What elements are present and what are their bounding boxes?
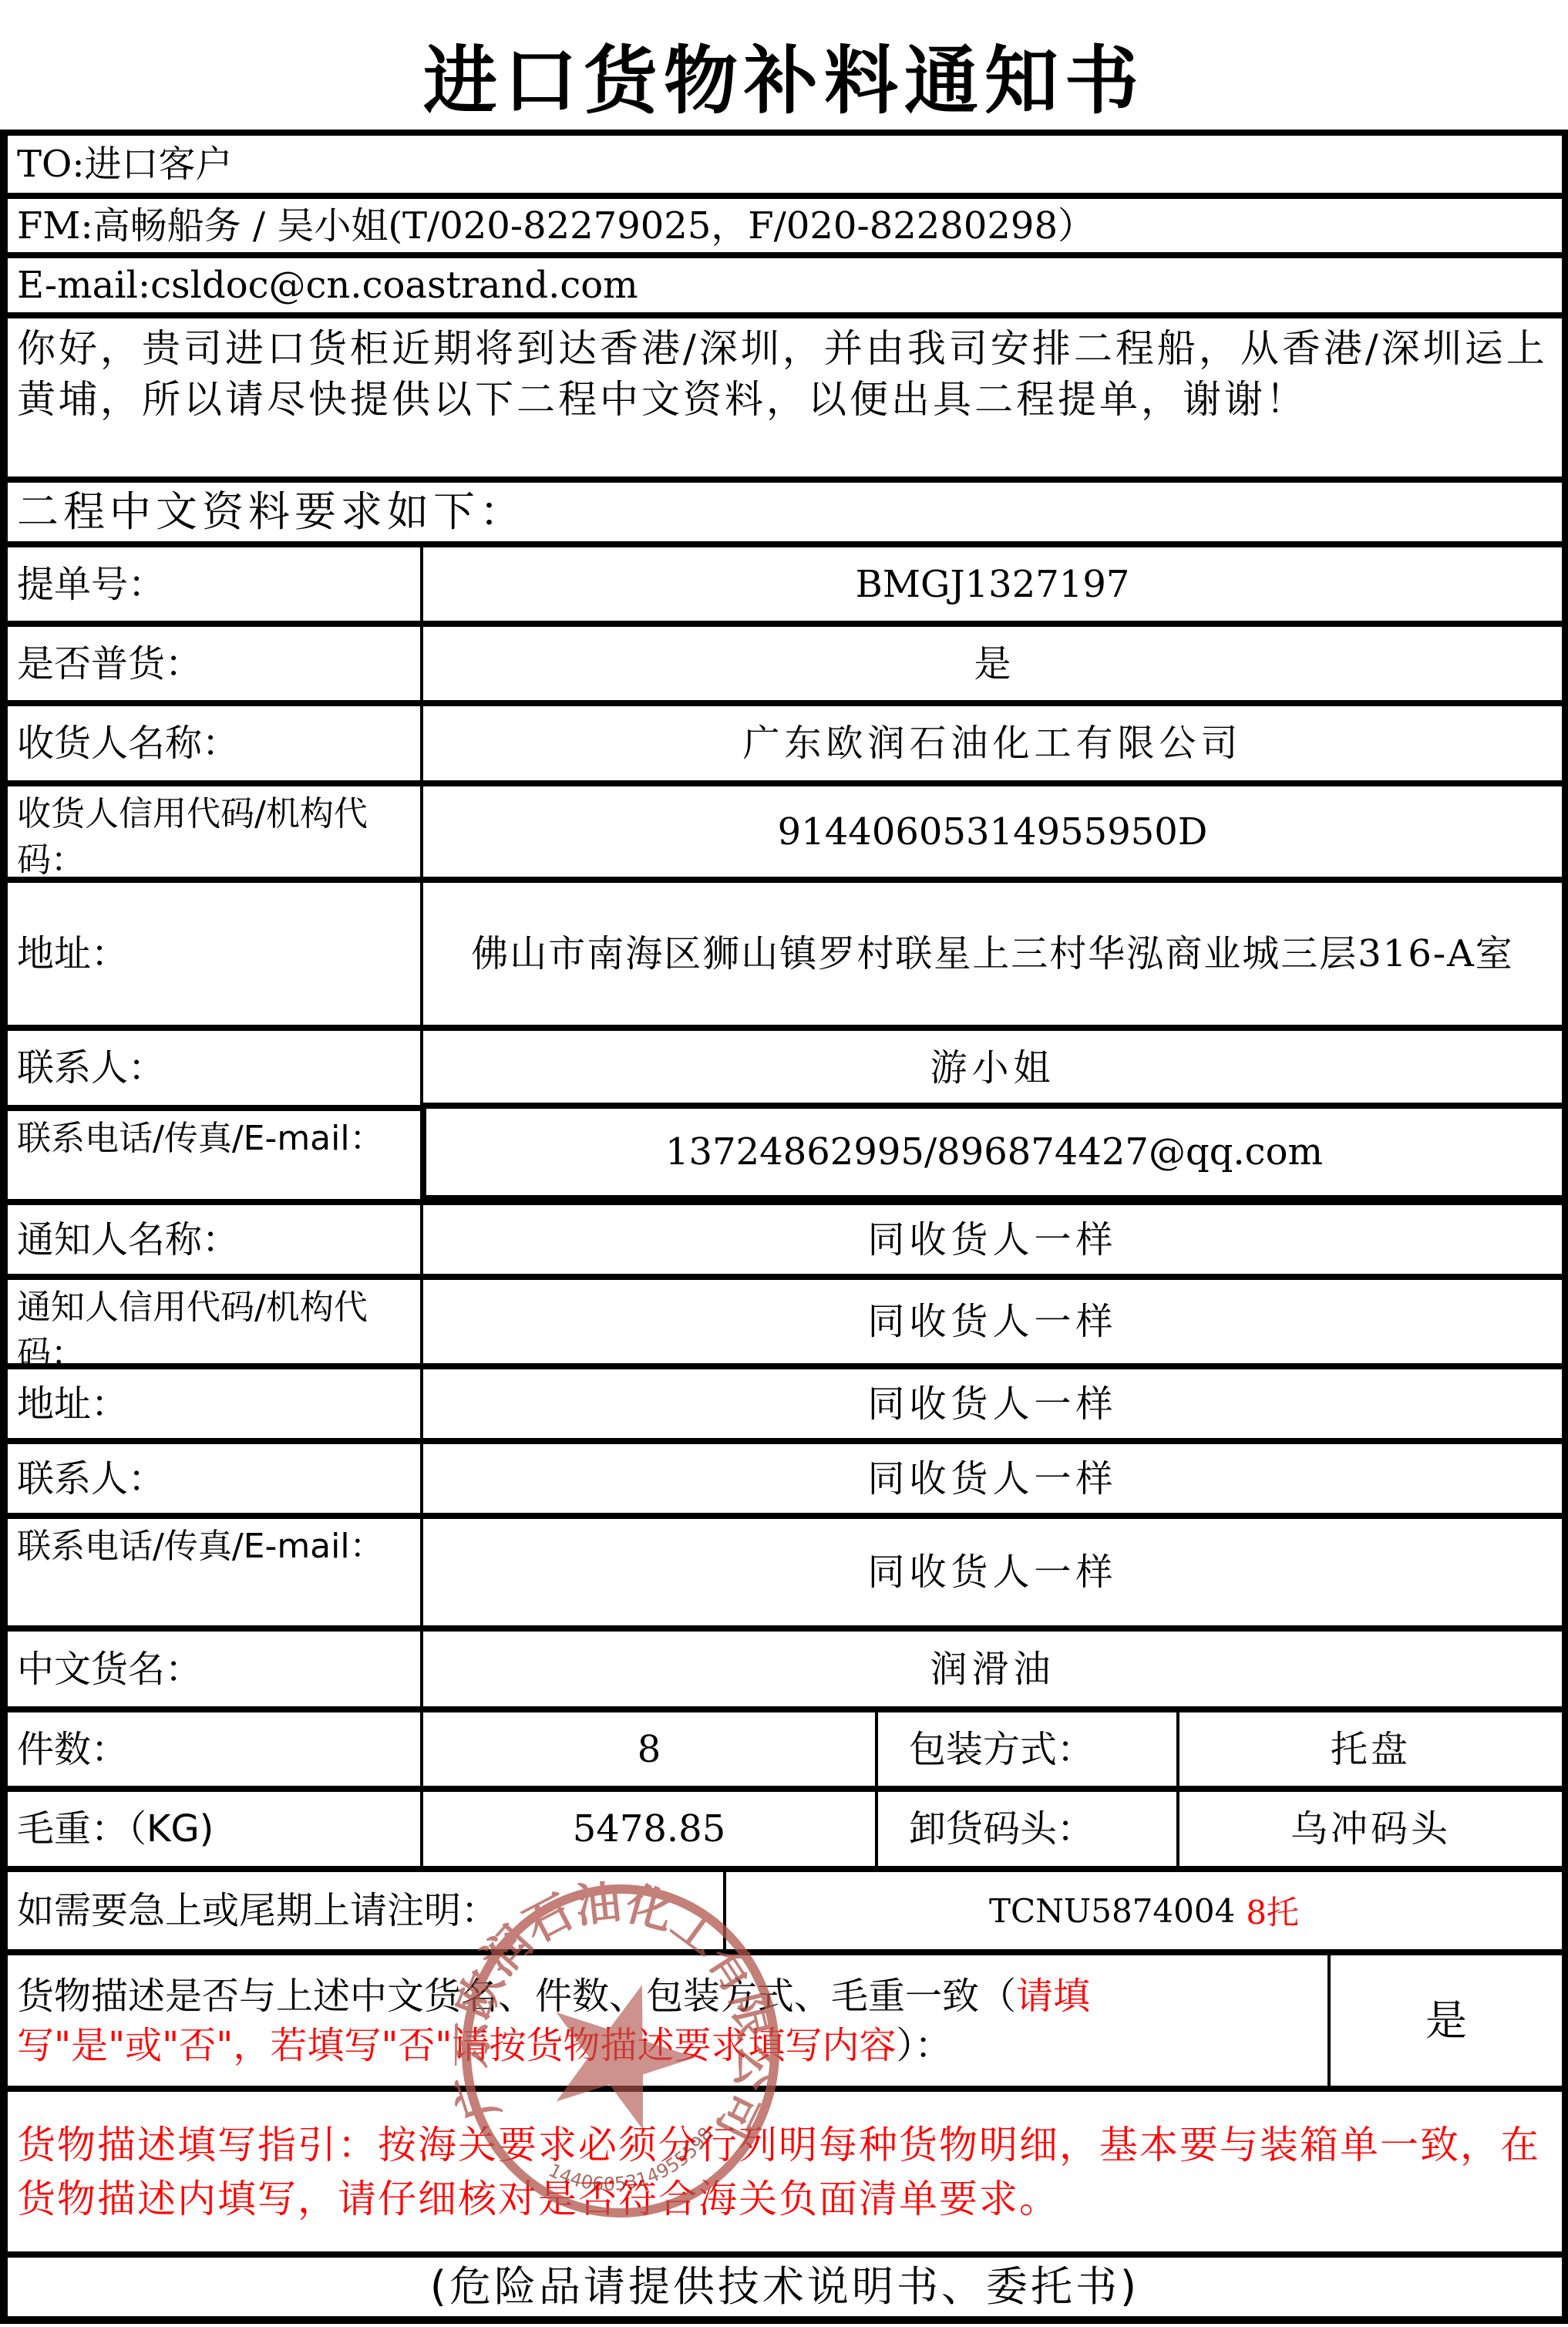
from-row: FM:高畅船务 / 吴小姐(T/020-82279025，F/020-82280… bbox=[0, 193, 1568, 252]
bl-no-label: 提单号： bbox=[17, 561, 165, 608]
general-cargo-label-cell: 是否普货： bbox=[0, 621, 420, 700]
notify-contact-value: 同收货人一样 bbox=[867, 1456, 1117, 1502]
discharge-terminal-value-cell[interactable]: 乌冲码头 bbox=[1176, 1786, 1568, 1866]
intro-row: 你好，贵司进口货柜近期将到达香港/深圳，并由我司安排二程船，从香港/深圳运上黄埔… bbox=[0, 312, 1568, 477]
urgent-note-label: 如需要急上或尾期上请注明： bbox=[17, 1888, 498, 1934]
email-text: E-mail:csldoc@cn.coastrand.com bbox=[17, 262, 638, 308]
notify-contact-label: 联系人： bbox=[17, 1456, 165, 1502]
consignee-name-value-cell[interactable]: 广东欧润石油化工有限公司 bbox=[420, 700, 1568, 780]
consignee-phone-label-cell: 联系电话/传真/E-mail： bbox=[0, 1105, 420, 1199]
bl-no-label-cell: 提单号： bbox=[0, 541, 420, 621]
section-heading: 二程中文资料要求如下： bbox=[17, 487, 526, 537]
consistency-answer: 是 bbox=[1425, 1996, 1467, 2046]
consignee-address-value-cell[interactable]: 佛山市南海区狮山镇罗村联星上三村华泓商业城三层316-A室 bbox=[420, 877, 1568, 1025]
notify-contact-label-cell: 联系人： bbox=[0, 1438, 420, 1513]
notify-phone-label-cell: 联系电话/传真/E-mail： bbox=[0, 1513, 420, 1625]
notify-credit-code-value-cell[interactable]: 同收货人一样 bbox=[420, 1274, 1568, 1363]
urgent-note-pallets: 8托 bbox=[1246, 1888, 1299, 1934]
description-guide: 货物描述填写指引：按海关要求必须分行列明每种货物明细，基本要与装箱单一致，在货物… bbox=[17, 2118, 1553, 2226]
consignee-phone-label: 联系电话/传真/E-mail： bbox=[17, 1116, 384, 1162]
consistency-text-1: 货物描述是否与上述中文货名、件数、包装方式、毛重一致（ bbox=[17, 1975, 1016, 2018]
consignee-address-label-cell: 地址： bbox=[0, 877, 420, 1025]
document-title: 进口货物补料通知书 bbox=[0, 31, 1568, 131]
consignee-credit-code-value: 91440605314955950D bbox=[778, 809, 1208, 855]
consignee-name-label: 收货人名称： bbox=[17, 720, 239, 766]
pieces-label-cell: 件数： bbox=[0, 1706, 420, 1786]
general-cargo-label: 是否普货： bbox=[17, 641, 202, 687]
notify-credit-code-label-cell: 通知人信用代码/机构代码： bbox=[0, 1274, 420, 1363]
notify-name-value: 同收货人一样 bbox=[867, 1217, 1117, 1263]
consignee-name-value: 广东欧润石油化工有限公司 bbox=[742, 720, 1242, 766]
notify-address-label: 地址： bbox=[17, 1381, 128, 1427]
packaging-label: 包装方式： bbox=[909, 1726, 1094, 1773]
notify-phone-value-cell[interactable]: 同收货人一样 bbox=[420, 1513, 1568, 1625]
consignee-contact-value-cell[interactable]: 游小姐 bbox=[420, 1025, 1568, 1105]
notify-contact-value-cell[interactable]: 同收货人一样 bbox=[420, 1438, 1568, 1513]
notify-phone-value: 同收货人一样 bbox=[867, 1549, 1117, 1595]
consignee-address-label: 地址： bbox=[17, 931, 128, 977]
consistency-question-cell: 货物描述是否与上述中文货名、件数、包装方式、毛重一致（请填写"是"或"否"，若填… bbox=[0, 1949, 1327, 2086]
packaging-value-cell[interactable]: 托盘 bbox=[1176, 1706, 1568, 1786]
notify-address-value-cell[interactable]: 同收货人一样 bbox=[420, 1363, 1568, 1438]
consignee-credit-code-label: 收货人信用代码/机构代码： bbox=[17, 791, 411, 877]
packaging-label-cell: 包装方式： bbox=[875, 1706, 1176, 1786]
notify-credit-code-label: 通知人信用代码/机构代码： bbox=[17, 1285, 411, 1363]
cargo-name-label-cell: 中文货名： bbox=[0, 1625, 420, 1706]
consignee-credit-code-label-cell: 收货人信用代码/机构代码： bbox=[0, 780, 420, 877]
notify-name-label: 通知人名称： bbox=[17, 1217, 239, 1263]
from-text: FM:高畅船务 / 吴小姐(T/020-82279025，F/020-82280… bbox=[17, 203, 1095, 249]
discharge-terminal-label-cell: 卸货码头： bbox=[875, 1786, 1176, 1866]
footer-note: (危险品请提供技术说明书、委托书) bbox=[430, 2262, 1139, 2312]
email-row: E-mail:csldoc@cn.coastrand.com bbox=[0, 252, 1568, 312]
urgent-note-value-cell[interactable]: TCNU5874004 8托 bbox=[723, 1866, 1568, 1949]
notice-form: TO:进口客户 FM:高畅船务 / 吴小姐(T/020-82279025，F/0… bbox=[0, 130, 1568, 2324]
gross-weight-value: 5478.85 bbox=[573, 1806, 726, 1852]
gross-weight-value-cell[interactable]: 5478.85 bbox=[420, 1786, 875, 1866]
cargo-name-value-cell[interactable]: 润滑油 bbox=[420, 1625, 1568, 1706]
consistency-text-2: ）： bbox=[896, 2024, 951, 2067]
notify-phone-label: 联系电话/传真/E-mail： bbox=[17, 1524, 384, 1570]
general-cargo-value-cell[interactable]: 是 bbox=[420, 621, 1568, 700]
bl-no-value-cell[interactable]: BMGJ1327197 bbox=[420, 541, 1568, 621]
discharge-terminal-value: 乌冲码头 bbox=[1290, 1806, 1451, 1852]
footer-cell: (危险品请提供技术说明书、委托书) bbox=[0, 2251, 1568, 2324]
intro-text: 你好，贵司进口货柜近期将到达香港/深圳，并由我司安排二程船，从香港/深圳运上黄埔… bbox=[17, 323, 1553, 425]
notify-address-label-cell: 地址： bbox=[0, 1363, 420, 1438]
discharge-terminal-label: 卸货码头： bbox=[909, 1806, 1094, 1852]
packaging-value: 托盘 bbox=[1331, 1726, 1411, 1773]
consignee-phone-value: 13724862995/896874427@qq.com bbox=[665, 1129, 1323, 1175]
to-text: TO:进口客户 bbox=[17, 141, 233, 187]
urgent-note-container: TCNU5874004 bbox=[989, 1892, 1235, 1930]
cargo-name-value: 润滑油 bbox=[930, 1646, 1055, 1692]
urgent-note-label-cell: 如需要急上或尾期上请注明： bbox=[0, 1866, 723, 1949]
notify-name-value-cell[interactable]: 同收货人一样 bbox=[420, 1199, 1568, 1274]
section-heading-row: 二程中文资料要求如下： bbox=[0, 477, 1568, 541]
pieces-label: 件数： bbox=[17, 1726, 128, 1773]
notify-name-label-cell: 通知人名称： bbox=[0, 1199, 420, 1274]
pieces-value-cell[interactable]: 8 bbox=[420, 1706, 875, 1786]
description-guide-cell: 货物描述填写指引：按海关要求必须分行列明每种货物明细，基本要与装箱单一致，在货物… bbox=[0, 2086, 1568, 2251]
notify-credit-code-value: 同收货人一样 bbox=[867, 1298, 1117, 1345]
consignee-contact-label: 联系人： bbox=[17, 1045, 165, 1091]
bl-no-value: BMGJ1327197 bbox=[856, 561, 1130, 608]
consignee-address-value: 佛山市南海区狮山镇罗村联星上三村华泓商业城三层316-A室 bbox=[471, 928, 1514, 979]
gross-weight-label-cell: 毛重：（KG) bbox=[0, 1786, 420, 1866]
consignee-phone-value-cell[interactable]: 13724862995/896874427@qq.com bbox=[420, 1103, 1568, 1201]
pieces-value: 8 bbox=[638, 1726, 661, 1773]
consignee-credit-code-value-cell[interactable]: 91440605314955950D bbox=[420, 780, 1568, 877]
consignee-contact-label-cell: 联系人： bbox=[0, 1025, 420, 1105]
to-row: TO:进口客户 bbox=[0, 130, 1568, 193]
notify-address-value: 同收货人一样 bbox=[867, 1381, 1117, 1427]
general-cargo-value: 是 bbox=[974, 641, 1011, 687]
consignee-contact-value: 游小姐 bbox=[930, 1045, 1055, 1091]
cargo-name-label: 中文货名： bbox=[17, 1646, 202, 1692]
consistency-answer-cell[interactable]: 是 bbox=[1327, 1949, 1568, 2086]
gross-weight-label: 毛重：（KG) bbox=[17, 1806, 214, 1852]
consignee-name-label-cell: 收货人名称： bbox=[0, 700, 420, 780]
